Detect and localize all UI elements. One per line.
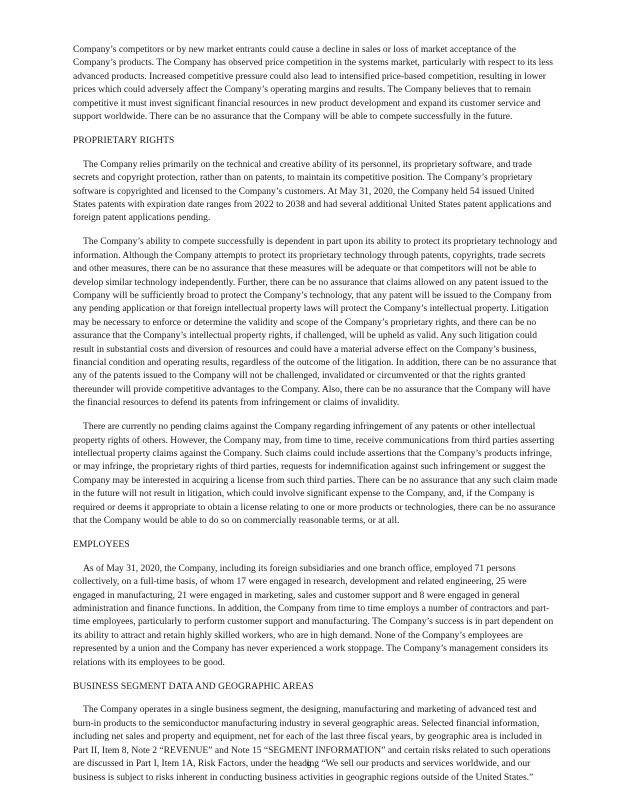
spacer <box>73 669 558 680</box>
proprietary-rights-paragraph-3: There are currently no pending claims ag… <box>73 420 558 527</box>
proprietary-rights-heading: PROPRIETARY RIGHTS <box>73 134 558 147</box>
spacer <box>73 147 558 158</box>
spacer <box>73 551 558 562</box>
proprietary-rights-paragraph-1: The Company relies primarily on the tech… <box>73 158 558 225</box>
page-number: 9 <box>0 759 618 772</box>
proprietary-rights-paragraph-2: The Company’s ability to compete success… <box>73 235 558 409</box>
document-page: Company’s competitors or by new market e… <box>0 0 618 800</box>
intro-paragraph: Company’s competitors or by new market e… <box>73 43 558 123</box>
employees-paragraph: As of May 31, 2020, the Company, includi… <box>73 562 558 669</box>
spacer <box>73 527 558 538</box>
business-segment-heading: BUSINESS SEGMENT DATA AND GEOGRAPHIC ARE… <box>73 680 558 693</box>
spacer <box>73 123 558 134</box>
spacer <box>73 410 558 421</box>
spacer <box>73 693 558 704</box>
spacer <box>73 225 558 236</box>
employees-heading: EMPLOYEES <box>73 538 558 551</box>
page-content: Company’s competitors or by new market e… <box>73 43 558 784</box>
